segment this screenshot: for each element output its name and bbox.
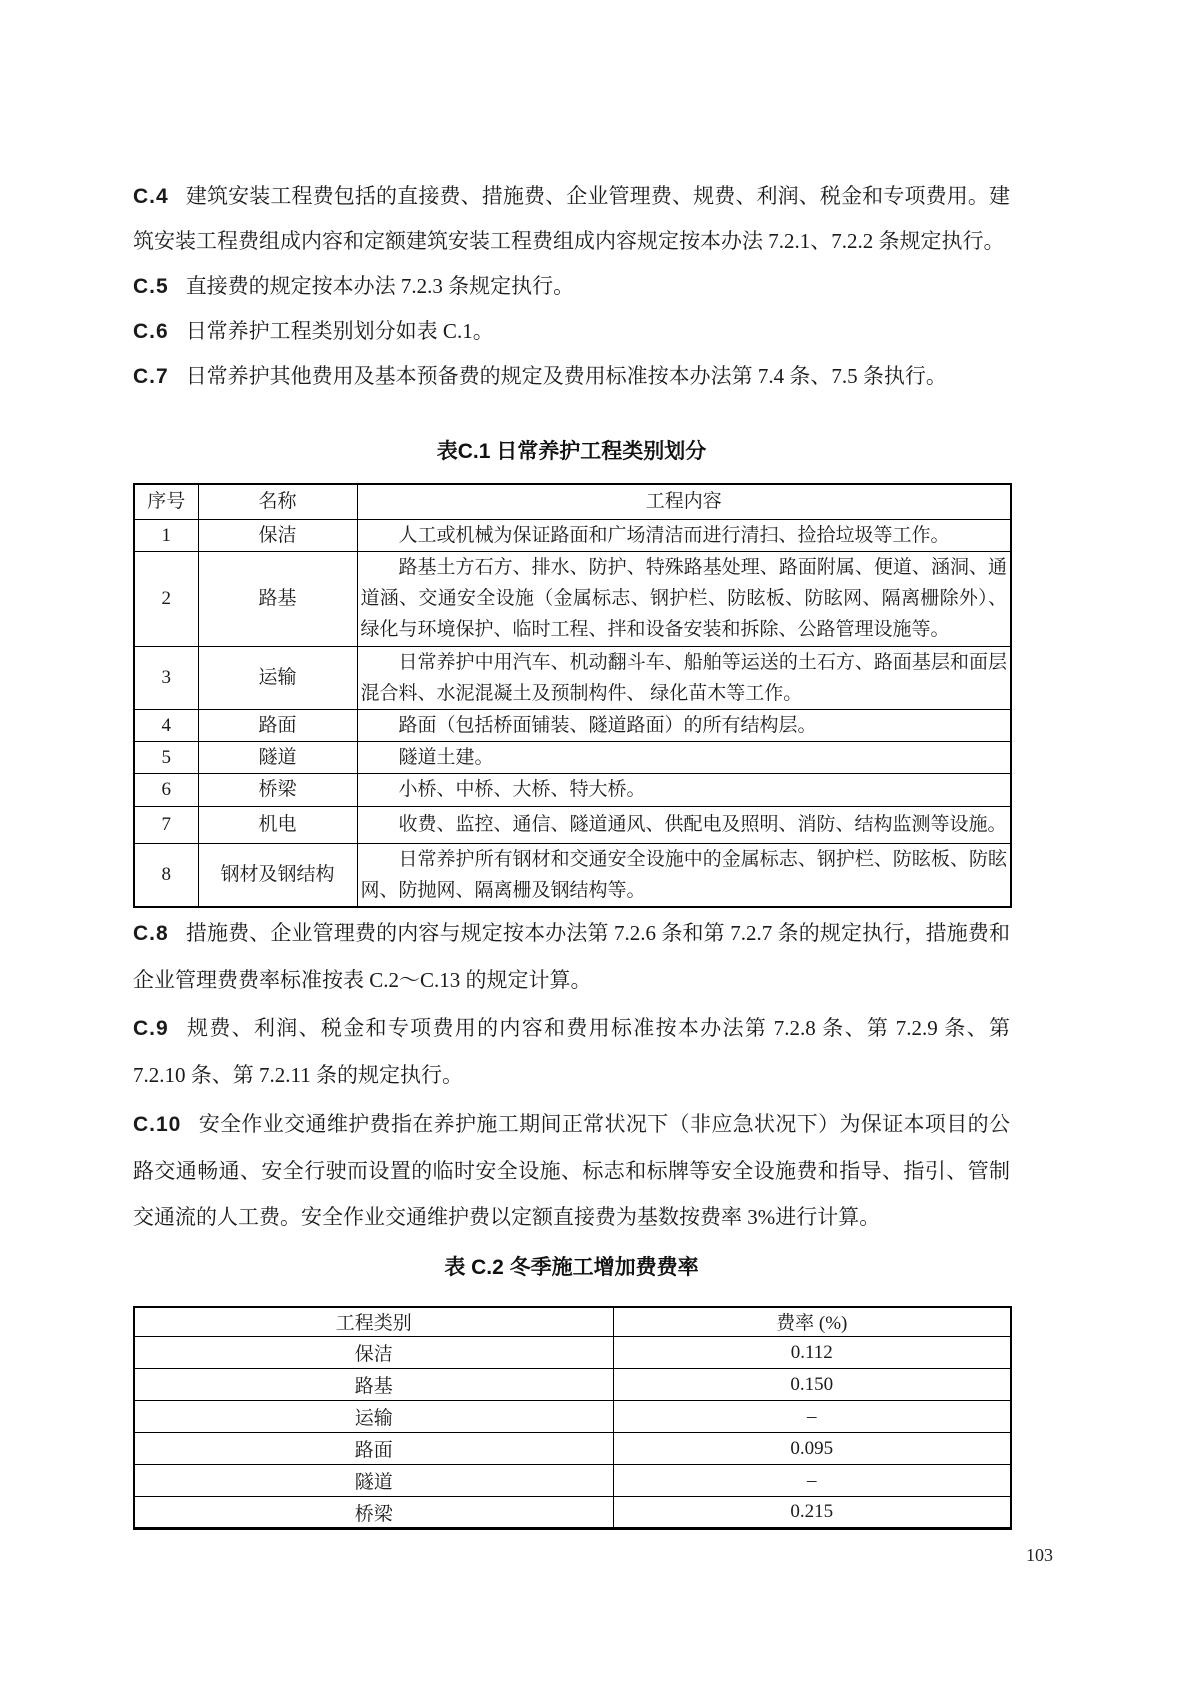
table-row: 隧道 – <box>134 1465 1011 1497</box>
row-content: 日常养护中用汽车、机动翻斗车、船舶等运送的土石方、路面基层和面层混合料、水泥混凝… <box>357 646 1011 709</box>
table-row: 1 保洁 人工或机械为保证路面和广场清洁而进行清扫、捡拾垃圾等工作。 <box>134 519 1011 551</box>
clause-c4: C.4建筑安装工程费包括的直接费、措施费、企业管理费、规费、利润、税金和专项费用… <box>133 174 1010 264</box>
table-row: 运输 – <box>134 1401 1011 1433</box>
row-no: 4 <box>134 709 198 741</box>
row-no: 8 <box>134 843 198 907</box>
table-c1: 序号 名称 工程内容 1 保洁 人工或机械为保证路面和广场清洁而进行清扫、捡拾垃… <box>133 483 1012 908</box>
row-name: 路基 <box>198 551 357 646</box>
row-rate: 0.215 <box>613 1497 1011 1529</box>
table-c2-header-category: 工程类别 <box>134 1307 613 1337</box>
row-no: 3 <box>134 646 198 709</box>
page-content: C.4建筑安装工程费包括的直接费、措施费、企业管理费、规费、利润、税金和专项费用… <box>133 0 1010 1530</box>
row-rate: 0.112 <box>613 1337 1011 1369</box>
clause-c5-text: 直接费的规定按本办法 7.2.3 条规定执行。 <box>186 274 575 298</box>
row-category: 隧道 <box>134 1465 613 1497</box>
row-rate: – <box>613 1401 1011 1433</box>
clause-c5-label: C.5 <box>133 275 169 298</box>
table-c1-title: 表C.1 日常养护工程类别划分 <box>133 429 1010 474</box>
row-no: 7 <box>134 806 198 843</box>
table-c2: 工程类别 费率 (%) 保洁 0.112 路基 0.150 运输 – 路面 0.… <box>133 1306 1012 1531</box>
clause-c4-text: 建筑安装工程费包括的直接费、措施费、企业管理费、规费、利润、税金和专项费用。建筑… <box>133 184 1010 253</box>
row-content: 路面（包括桥面铺装、隧道路面）的所有结构层。 <box>357 709 1011 741</box>
clause-c9-text: 规费、利润、税金和专项费用的内容和费用标准按本办法第 7.2.8 条、第 7.2… <box>133 1016 1010 1087</box>
table-row: 8 钢材及钢结构 日常养护所有钢材和交通安全设施中的金属标志、钢护栏、防眩板、防… <box>134 843 1011 907</box>
table-row: 6 桥梁 小桥、中桥、大桥、特大桥。 <box>134 773 1011 806</box>
table-row: 路基 0.150 <box>134 1369 1011 1401</box>
clause-c6-text: 日常养护工程类别划分如表 C.1。 <box>186 319 494 343</box>
row-content: 收费、监控、通信、隧道通风、供配电及照明、消防、结构监测等设施。 <box>357 806 1011 843</box>
clause-c8: C.8措施费、企业管理费的内容与规定按本办法第 7.2.6 条和第 7.2.7 … <box>133 910 1010 1003</box>
table-c2-title: 表 C.2 冬季施工增加费费率 <box>133 1245 1010 1290</box>
table-row: 桥梁 0.215 <box>134 1497 1011 1529</box>
clause-c8-text: 措施费、企业管理费的内容与规定按本办法第 7.2.6 条和第 7.2.7 条的规… <box>133 921 1010 992</box>
table-row: 保洁 0.112 <box>134 1337 1011 1369</box>
row-category: 路基 <box>134 1369 613 1401</box>
table-c2-header-row: 工程类别 费率 (%) <box>134 1307 1011 1337</box>
clause-c10-label: C.10 <box>133 1113 181 1136</box>
row-category: 路面 <box>134 1433 613 1465</box>
clause-c7-text: 日常养护其他费用及基本预备费的规定及费用标准按本办法第 7.4 条、7.5 条执… <box>186 364 947 388</box>
row-rate: 0.095 <box>613 1433 1011 1465</box>
row-category: 运输 <box>134 1401 613 1433</box>
row-name: 运输 <box>198 646 357 709</box>
table-c1-header-name: 名称 <box>198 484 357 519</box>
row-category: 保洁 <box>134 1337 613 1369</box>
row-content: 人工或机械为保证路面和广场清洁而进行清扫、捡拾垃圾等工作。 <box>357 519 1011 551</box>
row-name: 隧道 <box>198 741 357 773</box>
row-content: 小桥、中桥、大桥、特大桥。 <box>357 773 1011 806</box>
row-content: 路基土方石方、排水、防护、特殊路基处理、路面附属、便道、涵洞、通道涵、交通安全设… <box>357 551 1011 646</box>
table-row: 路面 0.095 <box>134 1433 1011 1465</box>
clause-c9-label: C.9 <box>133 1017 169 1040</box>
clause-c9: C.9规费、利润、税金和专项费用的内容和费用标准按本办法第 7.2.8 条、第 … <box>133 1005 1010 1098</box>
clause-c7-label: C.7 <box>133 365 169 388</box>
document-page: C.4建筑安装工程费包括的直接费、措施费、企业管理费、规费、利润、税金和专项费用… <box>0 0 1190 1683</box>
clause-c4-label: C.4 <box>133 185 169 208</box>
clause-c6-label: C.6 <box>133 320 169 343</box>
row-no: 2 <box>134 551 198 646</box>
row-rate: – <box>613 1465 1011 1497</box>
row-no: 5 <box>134 741 198 773</box>
row-content: 日常养护所有钢材和交通安全设施中的金属标志、钢护栏、防眩板、防眩网、防抛网、隔离… <box>357 843 1011 907</box>
table-row: 2 路基 路基土方石方、排水、防护、特殊路基处理、路面附属、便道、涵洞、通道涵、… <box>134 551 1011 646</box>
row-rate: 0.150 <box>613 1369 1011 1401</box>
row-no: 6 <box>134 773 198 806</box>
row-category: 桥梁 <box>134 1497 613 1529</box>
row-name: 机电 <box>198 806 357 843</box>
table-c2-header-rate: 费率 (%) <box>613 1307 1011 1337</box>
row-no: 1 <box>134 519 198 551</box>
clause-c10-text: 安全作业交通维护费指在养护施工期间正常状况下（非应急状况下）为保证本项目的公路交… <box>133 1112 1010 1229</box>
table-c1-header-no: 序号 <box>134 484 198 519</box>
row-content: 隧道土建。 <box>357 741 1011 773</box>
table-c1-header-content: 工程内容 <box>357 484 1011 519</box>
clause-c7: C.7日常养护其他费用及基本预备费的规定及费用标准按本办法第 7.4 条、7.5… <box>133 354 1010 399</box>
clause-c8-label: C.8 <box>133 922 169 945</box>
clause-c5: C.5直接费的规定按本办法 7.2.3 条规定执行。 <box>133 264 1010 309</box>
row-name: 路面 <box>198 709 357 741</box>
row-name: 桥梁 <box>198 773 357 806</box>
clause-c6: C.6日常养护工程类别划分如表 C.1。 <box>133 309 1010 354</box>
page-number: 103 <box>1026 1545 1053 1566</box>
table-row: 4 路面 路面（包括桥面铺装、隧道路面）的所有结构层。 <box>134 709 1011 741</box>
table-c1-header-row: 序号 名称 工程内容 <box>134 484 1011 519</box>
table-row: 7 机电 收费、监控、通信、隧道通风、供配电及照明、消防、结构监测等设施。 <box>134 806 1011 843</box>
table-row: 3 运输 日常养护中用汽车、机动翻斗车、船舶等运送的土石方、路面基层和面层混合料… <box>134 646 1011 709</box>
table-row: 5 隧道 隧道土建。 <box>134 741 1011 773</box>
row-name: 钢材及钢结构 <box>198 843 357 907</box>
clause-c10: C.10安全作业交通维护费指在养护施工期间正常状况下（非应急状况下）为保证本项目… <box>133 1101 1010 1240</box>
row-name: 保洁 <box>198 519 357 551</box>
